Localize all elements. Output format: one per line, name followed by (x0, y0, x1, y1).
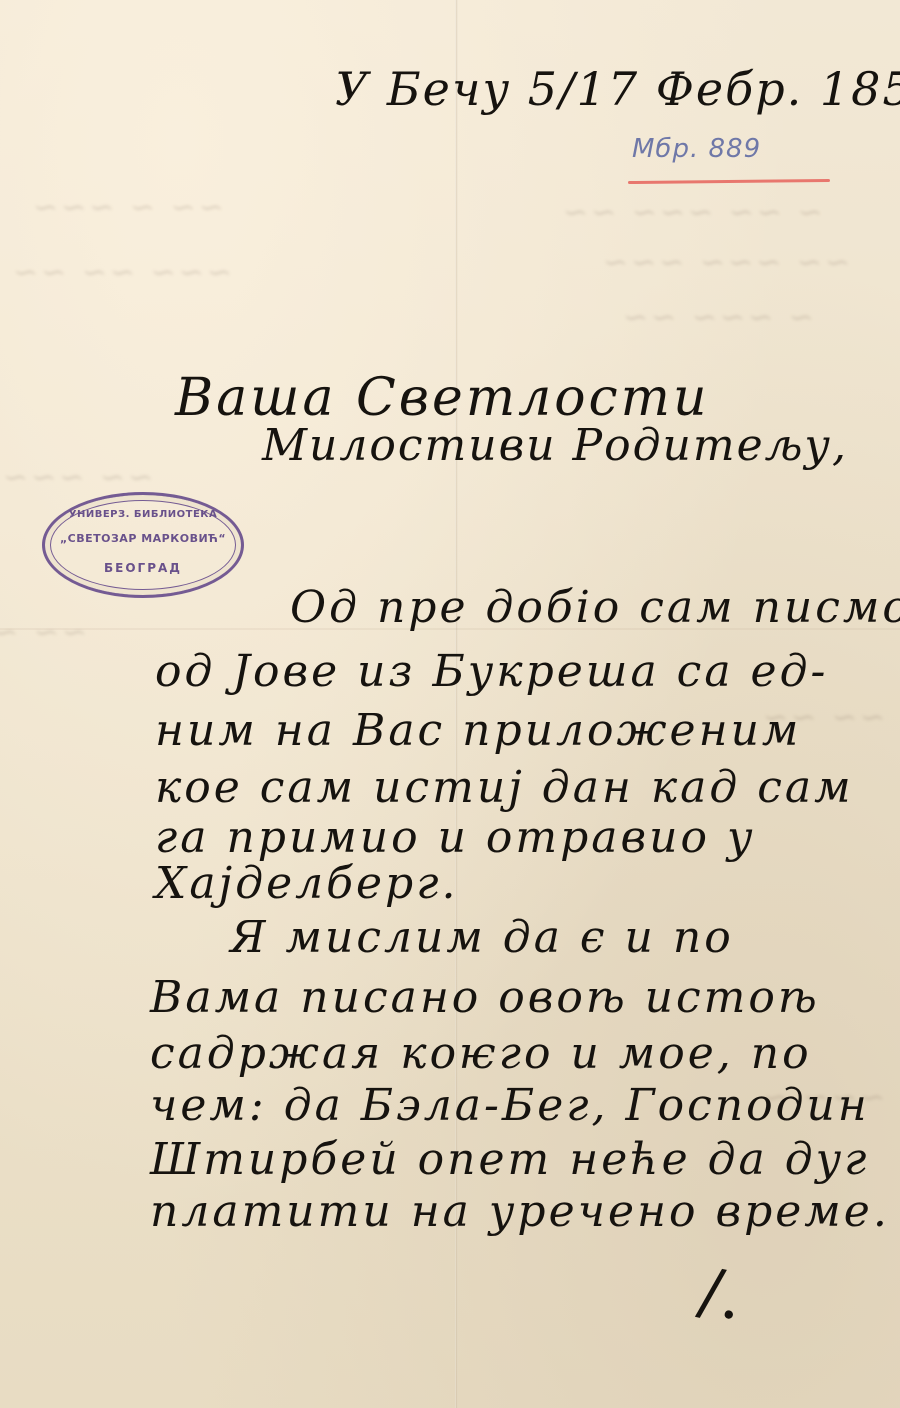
bleed-through: ~~ ~ (0, 615, 87, 650)
library-stamp: УНИВЕРЗ. БИБЛИОТЕКА „СВЕТОЗАР МАРКОВИЋ“ … (42, 492, 244, 598)
body-line-1: Од пре добio сам писмо (290, 582, 900, 633)
body-line-10: чем: да Бэла-Бег, Господин (150, 1080, 870, 1131)
bleed-through: ~ ~~~ ~~ (620, 300, 814, 335)
salutation-line-1: Ваша Светлости (175, 368, 709, 428)
letter-page: ~ ~~ ~~~ ~~ ~~ ~~~ ~~~ ~ ~~~ ~~ ~~ ~ ~~~… (0, 0, 900, 1408)
bleed-through: ~ ~~ ~~~ ~~ (560, 195, 823, 230)
bleed-through: ~~ ~ ~~~ (30, 190, 224, 225)
page-continuation-mark: /. (693, 1254, 751, 1336)
bleed-through: ~~ ~~~ (0, 460, 153, 495)
body-line-2: од Јове из Букреша са ед- (155, 646, 828, 697)
archive-number-underline (628, 179, 830, 184)
body-line-11: Штирбей опет неће да дуг (150, 1134, 869, 1185)
stamp-line-2: „СВЕТОЗАР МАРКОВИЋ“ (45, 532, 241, 545)
bleed-through: ~~ ~~~ ~~~ (600, 245, 850, 280)
body-line-12: платити на уречено време. (150, 1186, 890, 1237)
body-line-3: ним на Вас приложеним (155, 705, 801, 756)
archive-number: Мбр. 889 (632, 134, 761, 164)
bleed-through: ~~~ ~~ ~~ (10, 255, 232, 290)
stamp-line-1: УНИВЕРЗ. БИБЛИОТЕКА (45, 509, 241, 520)
body-line-9: садржая коѥго и мое, по (150, 1028, 812, 1079)
place-date-line: У Бечу 5/17 Фебр. 1851. (335, 62, 900, 116)
body-line-4: кое сам истиј дан кад сам (155, 762, 854, 813)
body-line-8: Вама писано овоѣ истоѣ (150, 972, 820, 1023)
body-line-6: Хајделберг. (155, 858, 458, 909)
body-line-5: га примио и отравио у (155, 812, 755, 863)
stamp-line-3: БЕОГРАД (45, 561, 241, 575)
body-line-7: Я мислим да є и по (230, 912, 734, 963)
salutation-line-2: Милостиви Родитељу, (262, 420, 848, 471)
